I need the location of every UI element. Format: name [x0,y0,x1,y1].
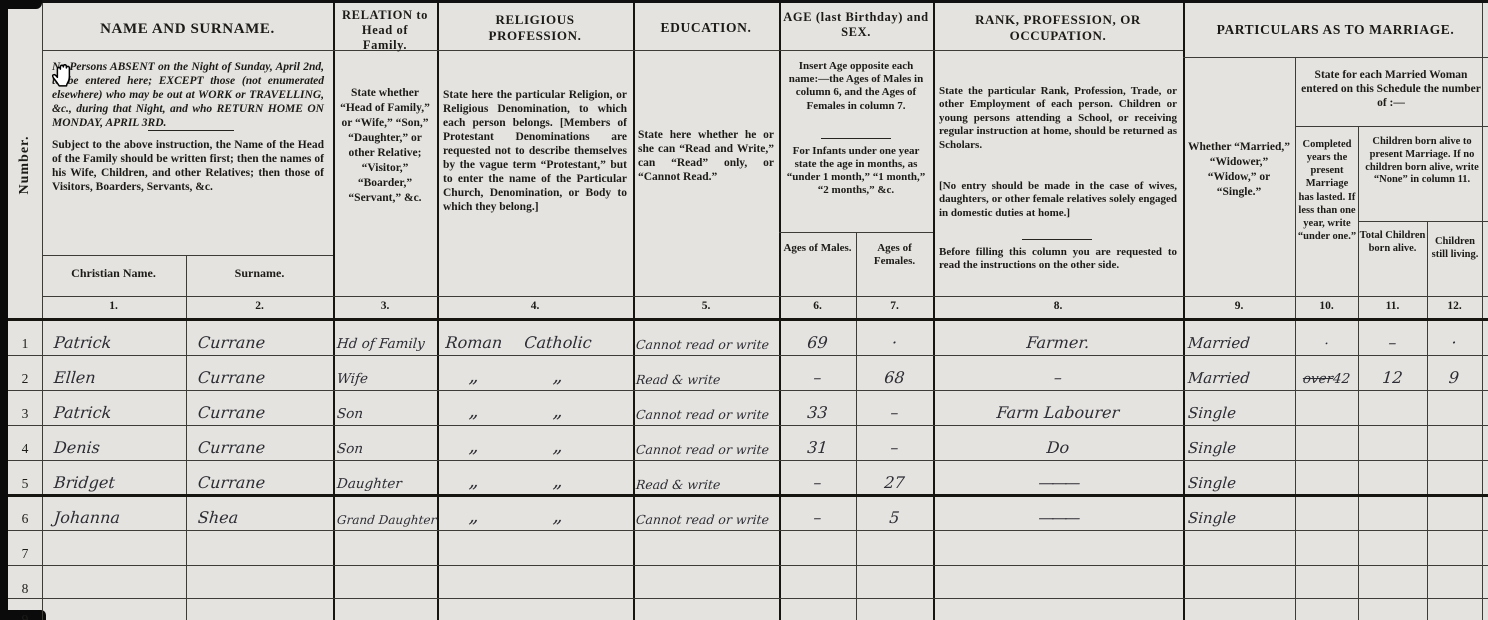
cell-christian-name: Bridget [53,473,185,492]
cell-age-male: 31 [778,438,857,457]
cell-surname: Currane [197,438,331,457]
grid-line [1358,221,1488,222]
cell-years-married: over42 [1294,371,1358,387]
struck-text: over [1302,371,1334,387]
cell-children-born: – [1357,333,1428,352]
column-number: 11. [1358,300,1427,312]
column-number: 6. [779,300,856,312]
column-number: 7. [856,300,933,312]
cell-education: Read & write [635,372,778,387]
cell-religion-ditto: „ [517,435,599,457]
cell-row-number: 2 [8,371,42,387]
instruction-text: Insert Age opposite each name:—the Ages … [783,60,929,113]
cell-occupation: ——— [937,473,1179,492]
table-row: 8 [0,565,1488,600]
cell-marital-status: Single [1187,439,1289,457]
instruction-text: State here the particular Religion, or R… [443,88,627,214]
instruction-text: For Infants under one year state the age… [783,145,929,197]
cell-relation: Son [336,441,435,457]
col-religion-title: RELIGIOUS PROFESSION. [480,12,590,43]
cell-religion-ditto: „ [442,400,506,422]
grid-line [779,232,933,233]
cell-row-number: 7 [8,546,42,562]
cell-row-number: 4 [8,441,42,457]
instruction-text: State whether “Head of Family,” or “Wife… [337,86,433,206]
cell-surname: Shea [197,508,331,527]
scan-edge-top [0,0,1488,3]
cell-age-male: 33 [778,403,857,422]
cell-education: Cannot read or write [635,337,778,352]
cell-occupation: Farmer. [937,333,1179,352]
instruction-text: Before filling this column you are reque… [939,246,1177,273]
cell-education: Cannot read or write [635,442,778,457]
cell-row-number: 5 [8,476,42,492]
cell-surname: Currane [197,333,331,352]
census-schedule-scan[interactable]: Number. NAME AND SURNAME. RELATION to He… [0,0,1488,620]
divider [1022,239,1092,240]
table-row: 1 Patrick Currane Hd of Family Roman Cat… [0,320,1488,355]
cell-education: Cannot read or write [635,512,778,527]
cell-christian-name: Denis [53,438,185,457]
subheader-ages-females: Ages of Females. [856,242,933,268]
subheader-children-living: Children still living. [1428,236,1482,261]
cell-religion-ditto: „ [517,505,599,527]
column-number: 5. [633,300,779,312]
column-number: 3. [333,300,437,312]
grid-line [1183,57,1488,58]
cell-marital-status: Single [1187,509,1289,527]
cell-children-living: · [1426,333,1482,352]
cell-education: Read & write [635,477,778,492]
cell-surname: Currane [197,473,331,492]
instruction-text: State the particular Rank, Profession, T… [939,85,1177,152]
instruction-text: State here whether he or she can “Read a… [638,128,774,184]
instruction-text: Children born alive to present Marriage.… [1361,136,1483,187]
scan-blot [0,0,42,9]
divider [821,138,891,139]
cell-christian-name: Ellen [53,368,185,387]
table-row: 3 Patrick Currane Son „ „ Cannot read or… [0,390,1488,425]
column-number: 9. [1183,300,1295,312]
cell-religion-ditto: „ [442,505,506,527]
cell-age-female: – [855,438,934,457]
cell-religion-ditto: „ [517,400,599,422]
cell-marital-status: Single [1187,404,1289,422]
cell-occupation: Farm Labourer [937,403,1179,422]
column-number: 10. [1295,300,1358,312]
cell-education: Cannot read or write [635,407,778,422]
divider [148,130,234,131]
col-marriage-title: PARTICULARS AS TO MARRIAGE. [1183,22,1488,38]
cell-marital-status: Married [1187,369,1289,387]
cell-age-female: 5 [855,508,934,527]
cell-age-male: – [778,368,857,387]
cell-marital-status: Married [1187,334,1289,352]
cell-religion: Catholic [517,333,599,352]
subheader-marital-status: Whether “Married,” “Widower,” “Widow,” o… [1187,140,1291,200]
subheader-ages-males: Ages of Males. [779,242,856,255]
cell-surname: Currane [197,403,331,422]
grid-line [42,255,333,256]
col-age-title: AGE (last Birthday) and SEX. [781,10,931,40]
column-number: 2. [186,300,333,312]
hand-cursor [48,58,78,90]
column-number-label: Number. [17,120,33,210]
cell-marital-status: Single [1187,474,1289,492]
grid-line [42,50,1183,51]
cell-christian-name: Patrick [53,403,185,422]
cell-age-male: 69 [778,333,857,352]
col-name-title: NAME AND SURNAME. [42,20,333,38]
cell-row-number: 1 [8,336,42,352]
cell-relation: Daughter [336,476,435,492]
col-rank-title: RANK, PROFESSION, OR OCCUPATION. [933,12,1183,43]
table-row: 5 Bridget Currane Daughter „ „ Read & wr… [0,460,1488,495]
cell-age-female: 68 [855,368,934,387]
table-row: 4 Denis Currane Son „ „ Cannot read or w… [0,425,1488,460]
cell-children-living: 9 [1426,368,1482,387]
grab-hand-icon [48,58,78,90]
column-number: 8. [933,300,1183,312]
cell-age-male: – [778,473,857,492]
cell-religion-ditto: „ [442,365,506,387]
grid-line [42,296,1488,297]
cell-religion-ditto: „ [442,470,506,492]
col-education-title: EDUCATION. [633,20,779,36]
cell-occupation: Do [937,438,1179,457]
cell-occupation: – [937,368,1179,387]
table-row: 9 [0,600,1488,620]
column-number: 12. [1427,300,1482,312]
grid-line [1295,126,1488,127]
cell-religion: Roman [442,333,506,352]
cell-religion-ditto: „ [517,470,599,492]
cell-relation: Wife [336,371,435,387]
instruction-text: State for each Married Woman entered on … [1300,68,1482,110]
table-row: 6 Johanna Shea Grand Daughter „ „ Cannot… [0,495,1488,530]
cell-relation: Grand Daughter [336,513,435,527]
cell-christian-name: Johanna [53,508,185,527]
cell-age-female: 27 [855,473,934,492]
cell-row-number: 6 [8,511,42,527]
table-row: 2 Ellen Currane Wife „ „ Read & write – … [0,355,1488,390]
cell-relation: Son [336,406,435,422]
cell-years-married: · [1294,336,1358,352]
table-row: 7 [0,530,1488,565]
cell-children-born: 12 [1357,368,1428,387]
subheader-years-married: Completed years the present Marriage has… [1297,138,1357,243]
instruction-text: No Persons ABSENT on the Night of Sunday… [52,60,324,130]
cell-age-male: – [778,508,857,527]
cell-christian-name: Patrick [53,333,185,352]
cell-row-number: 8 [8,581,42,597]
subheader-total-children: Total Children born alive. [1358,230,1427,255]
cell-surname: Currane [197,368,331,387]
instruction-text: [No entry should be made in the case of … [939,180,1177,220]
cell-row-number: 3 [8,406,42,422]
instruction-text: Subject to the above instruction, the Na… [52,138,324,194]
cell-religion-ditto: „ [517,365,599,387]
col-relation-title: RELATION to Head of Family. [342,8,428,53]
cell-occupation: ——— [937,508,1179,527]
cell-row-number: 9 [8,612,42,620]
cell-age-female: · [855,333,934,352]
subheader-surname: Surname. [186,266,333,280]
cell-religion-ditto: „ [442,435,506,457]
cell-age-female: – [855,403,934,422]
column-number: 1. [42,300,185,312]
subheader-christian-name: Christian Name. [42,266,185,280]
column-number: 4. [437,300,633,312]
cell-relation: Hd of Family [336,336,435,352]
